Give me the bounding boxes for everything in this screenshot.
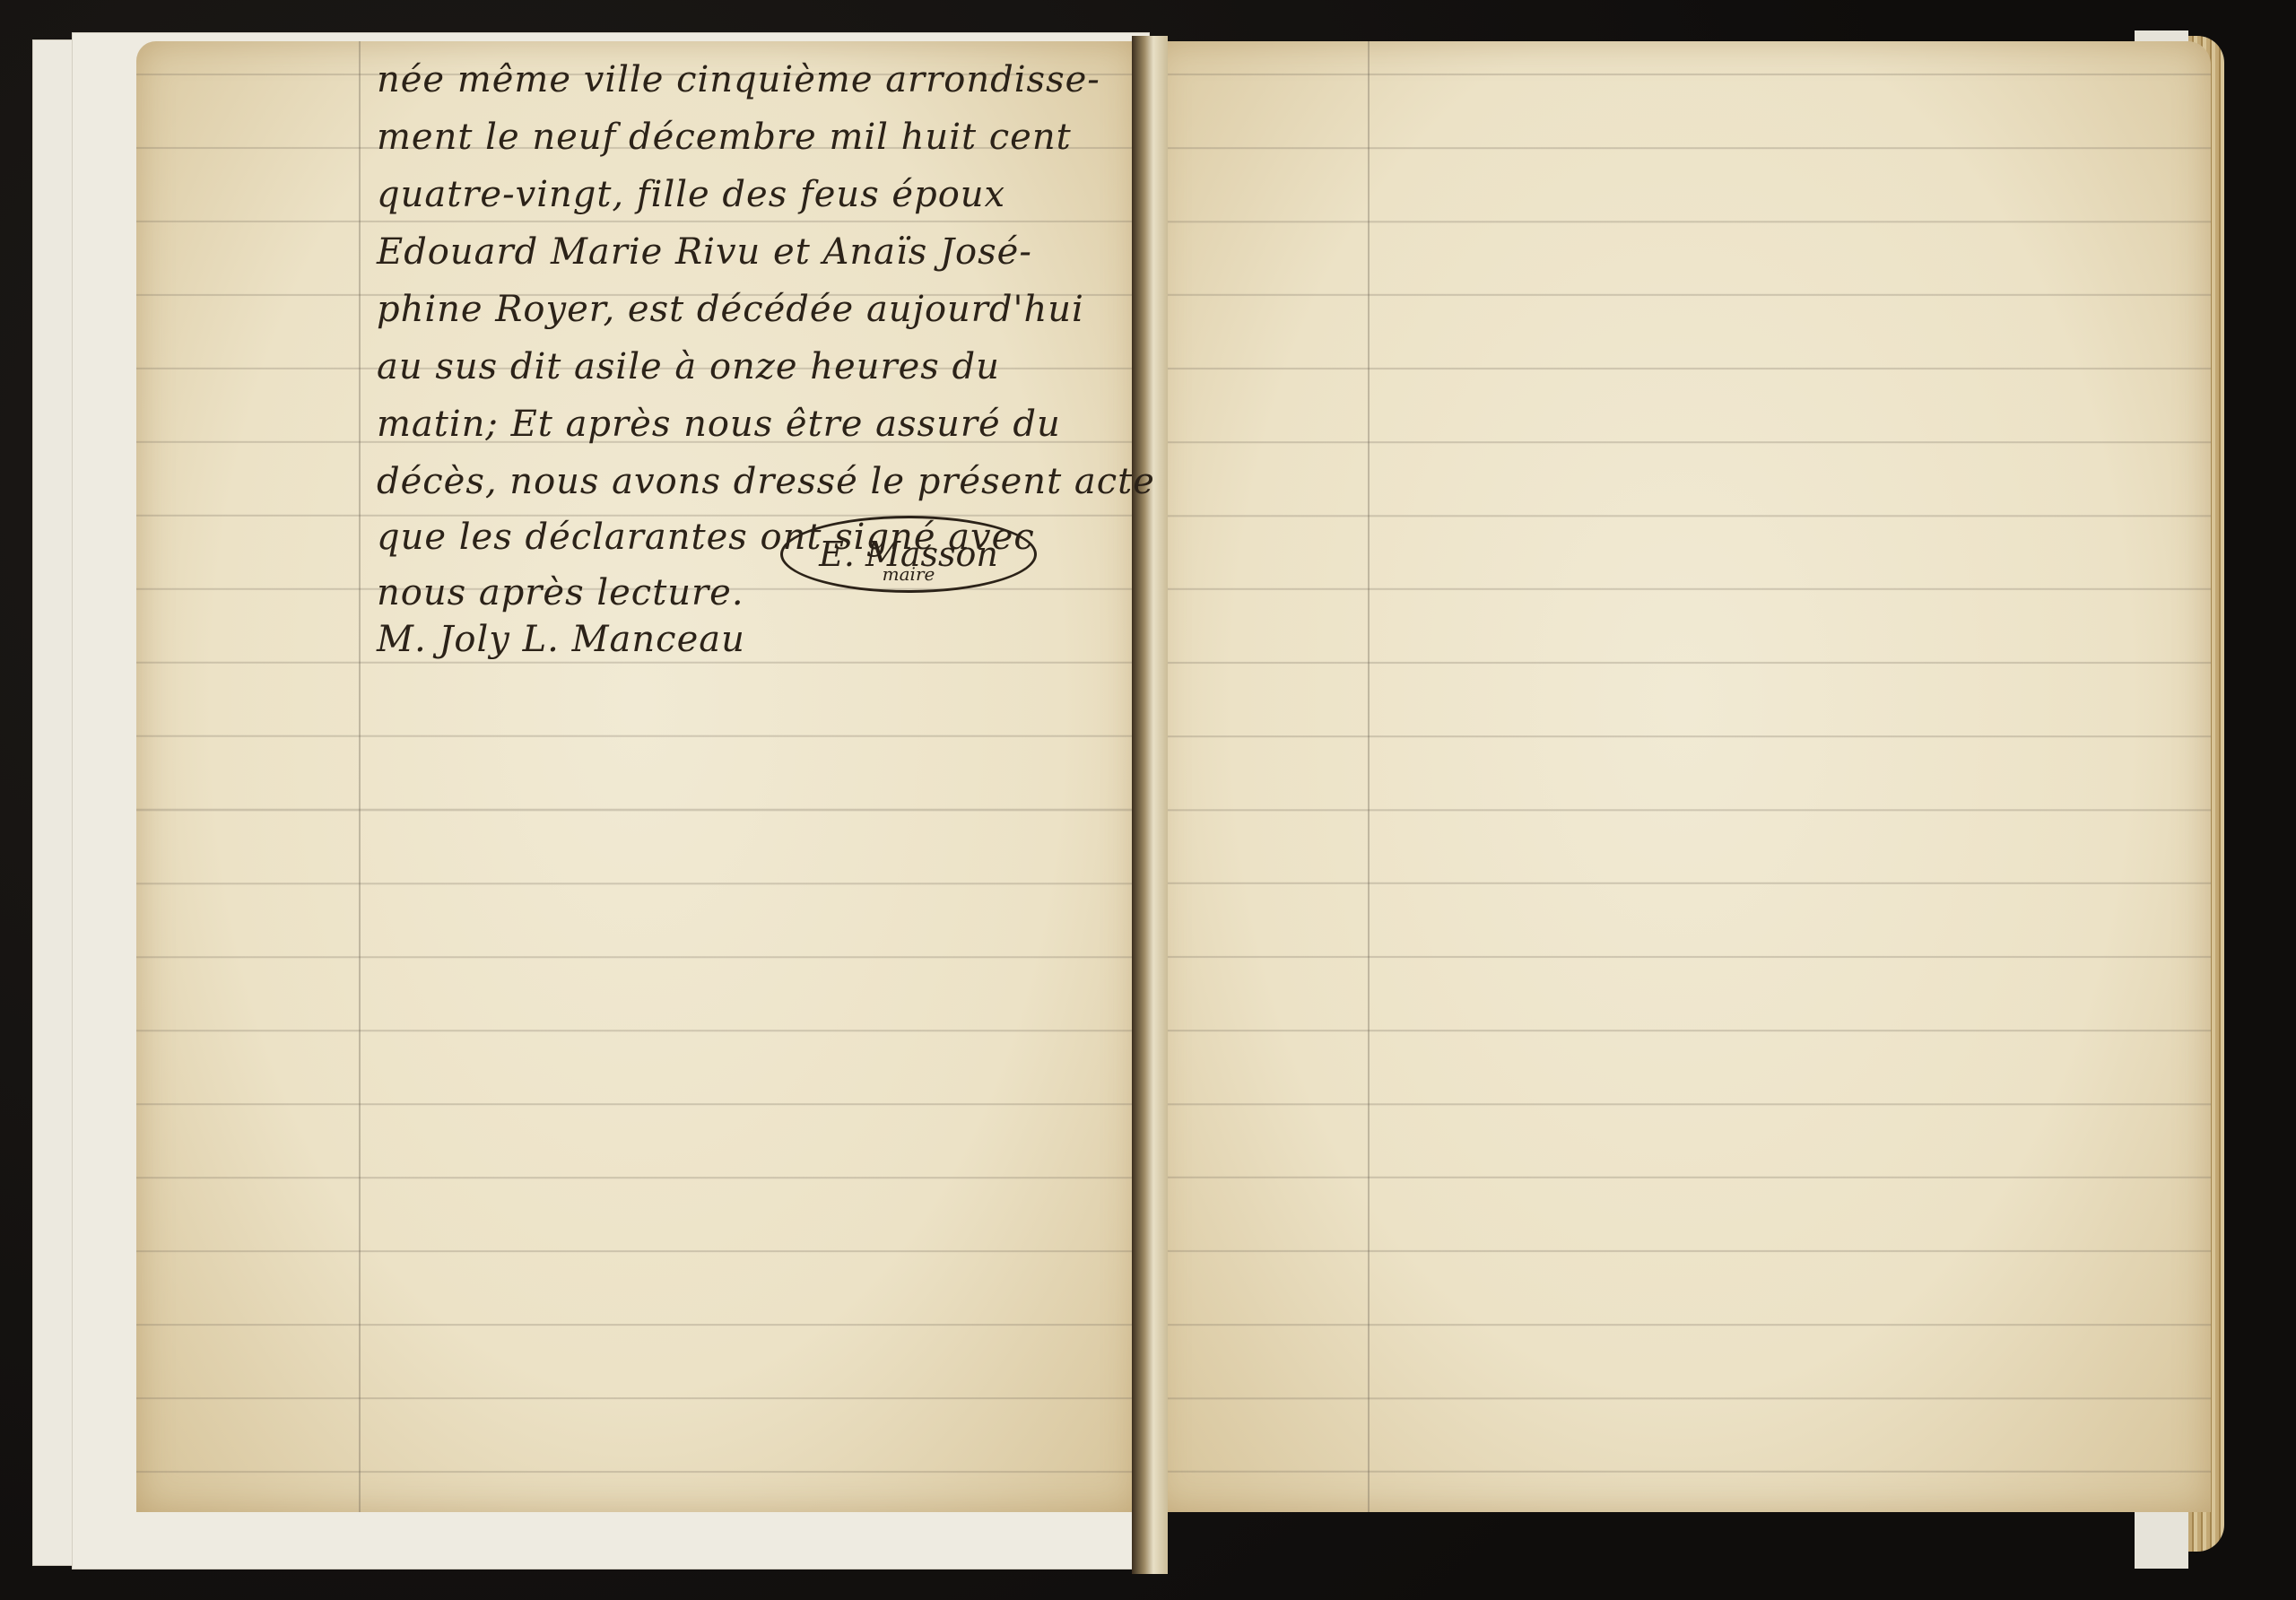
right-page xyxy=(1152,41,2211,1512)
ruled-lines xyxy=(1152,41,2211,1512)
signature-witnesses: M. Joly L. Manceau xyxy=(377,619,745,660)
margin-line xyxy=(1368,41,1370,1512)
book-gutter xyxy=(1132,36,1168,1574)
mayor-signature: E. Masson maire xyxy=(780,516,1037,593)
mayor-title: maire xyxy=(883,563,935,585)
margin-line xyxy=(359,41,361,1512)
